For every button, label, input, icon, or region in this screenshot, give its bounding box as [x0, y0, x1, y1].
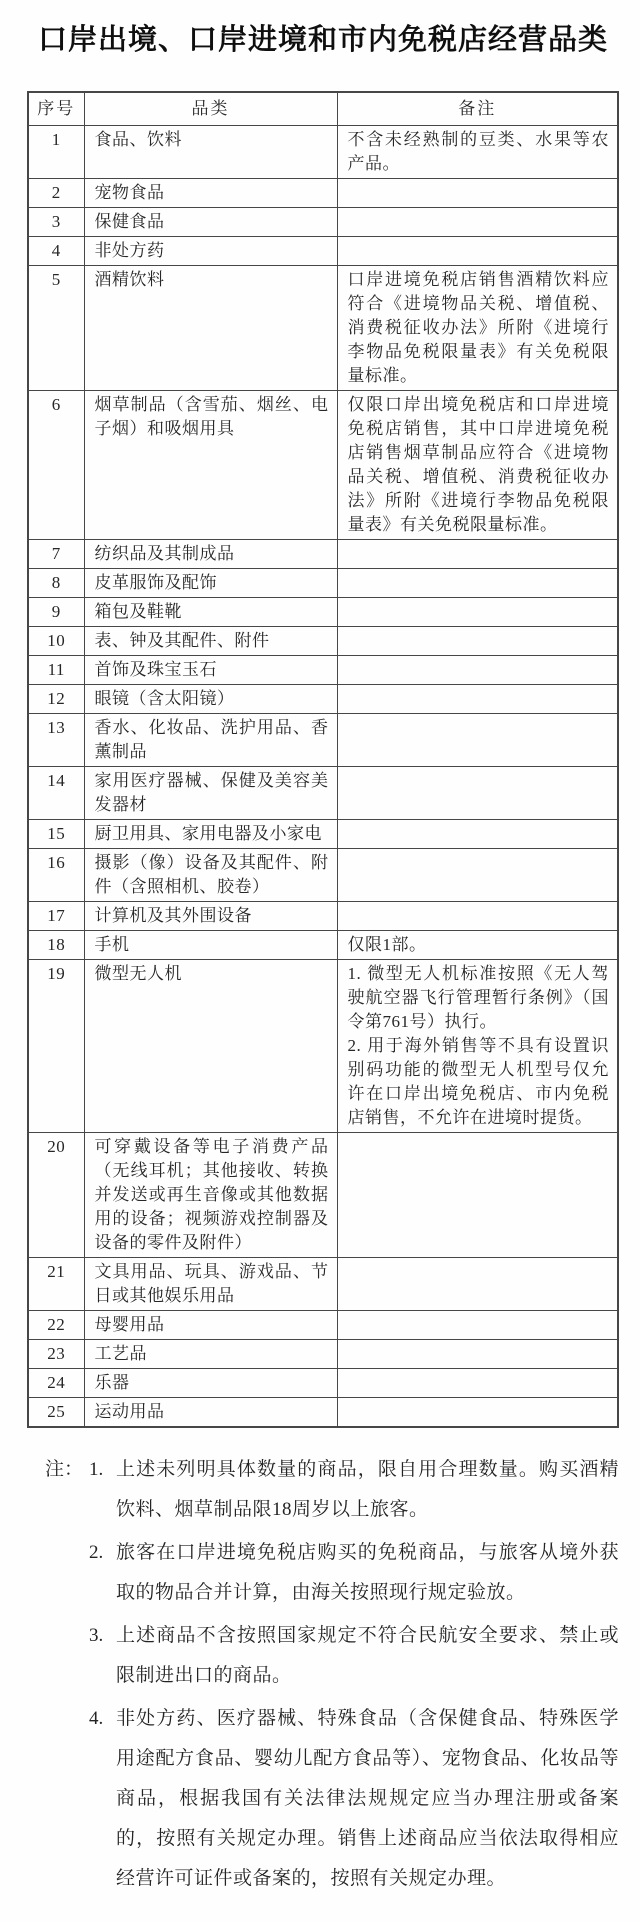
- row-number: 7: [28, 540, 84, 569]
- table-row: 9 箱包及鞋靴: [28, 598, 618, 627]
- table-row: 6 烟草制品（含雪茄、烟丝、电子烟）和吸烟用具 仅限口岸出境免税店和口岸进境免税…: [28, 391, 618, 540]
- row-remark: [337, 208, 618, 237]
- row-category: 纺织品及其制成品: [84, 540, 337, 569]
- row-category: 计算机及其外围设备: [84, 902, 337, 931]
- row-category: 母婴用品: [84, 1311, 337, 1340]
- row-remark: 不含未经熟制的豆类、水果等农产品。: [337, 126, 618, 179]
- table-row: 18 手机 仅限1部。: [28, 931, 618, 960]
- row-category: 烟草制品（含雪茄、烟丝、电子烟）和吸烟用具: [84, 391, 337, 540]
- row-remark: [337, 1398, 618, 1428]
- row-category: 眼镜（含太阳镜）: [84, 685, 337, 714]
- row-category: 香水、化妆品、洗护用品、香薰制品: [84, 714, 337, 767]
- note-text: 上述未列明具体数量的商品，限自用合理数量。购买酒精饮料、烟草制品限18周岁以上旅…: [116, 1450, 619, 1530]
- row-number: 3: [28, 208, 84, 237]
- notes-list: 1. 上述未列明具体数量的商品，限自用合理数量。购买酒精饮料、烟草制品限18周岁…: [89, 1450, 619, 1902]
- table-row: 20 可穿戴设备等电子消费产品（无线耳机；其他接收、转换并发送或再生音像或其他数…: [28, 1133, 618, 1258]
- note-item: 2. 旅客在口岸进境免税店购买的免税商品，与旅客从境外获取的物品合并计算，由海关…: [89, 1533, 619, 1613]
- row-number: 5: [28, 266, 84, 391]
- note-item: 4. 非处方药、医疗器械、特殊食品（含保健食品、特殊医学用途配方食品、婴幼儿配方…: [89, 1699, 619, 1899]
- row-remark: [337, 627, 618, 656]
- row-number: 23: [28, 1340, 84, 1369]
- row-number: 21: [28, 1258, 84, 1311]
- row-remark: 仅限口岸出境免税店和口岸进境免税店销售，其中口岸进境免税店销售烟草制品应符合《进…: [337, 391, 618, 540]
- table-row: 15 厨卫用具、家用电器及小家电: [28, 820, 618, 849]
- row-remark: 1. 微型无人机标准按照《无人驾驶航空器飞行管理暂行条例》（国令第761号）执行…: [337, 960, 618, 1133]
- table-row: 2 宠物食品: [28, 179, 618, 208]
- row-remark: [337, 1133, 618, 1258]
- table-body: 1 食品、饮料 不含未经熟制的豆类、水果等农产品。 2 宠物食品 3 保健食品 …: [28, 126, 618, 1428]
- row-category: 箱包及鞋靴: [84, 598, 337, 627]
- row-category: 非处方药: [84, 237, 337, 266]
- row-remark: [337, 714, 618, 767]
- row-number: 17: [28, 902, 84, 931]
- note-text: 旅客在口岸进境免税店购买的免税商品，与旅客从境外获取的物品合并计算，由海关按照现…: [116, 1533, 619, 1613]
- row-category: 保健食品: [84, 208, 337, 237]
- table-row: 10 表、钟及其配件、附件: [28, 627, 618, 656]
- row-category: 酒精饮料: [84, 266, 337, 391]
- row-remark: [337, 179, 618, 208]
- row-number: 4: [28, 237, 84, 266]
- row-category: 摄影（像）设备及其配件、附件（含照相机、胶卷）: [84, 849, 337, 902]
- row-number: 2: [28, 179, 84, 208]
- row-number: 10: [28, 627, 84, 656]
- table-row: 11 首饰及珠宝玉石: [28, 656, 618, 685]
- row-remark: [337, 820, 618, 849]
- row-remark: 口岸进境免税店销售酒精饮料应符合《进境物品关税、增值税、消费税征收办法》所附《进…: [337, 266, 618, 391]
- table-row: 5 酒精饮料 口岸进境免税店销售酒精饮料应符合《进境物品关税、增值税、消费税征收…: [28, 266, 618, 391]
- row-remark: [337, 767, 618, 820]
- row-number: 6: [28, 391, 84, 540]
- row-category: 乐器: [84, 1369, 337, 1398]
- row-category: 可穿戴设备等电子消费产品（无线耳机；其他接收、转换并发送或再生音像或其他数据用的…: [84, 1133, 337, 1258]
- row-remark: [337, 237, 618, 266]
- row-category: 皮革服饰及配饰: [84, 569, 337, 598]
- row-number: 12: [28, 685, 84, 714]
- table-header-row: 序号 品类 备注: [28, 92, 618, 126]
- row-category: 文具用品、玩具、游戏品、节日或其他娱乐用品: [84, 1258, 337, 1311]
- table-row: 7 纺织品及其制成品: [28, 540, 618, 569]
- row-remark: [337, 902, 618, 931]
- row-remark: [337, 1258, 618, 1311]
- note-number: 2.: [89, 1533, 116, 1613]
- table-row: 17 计算机及其外围设备: [28, 902, 618, 931]
- row-number: 25: [28, 1398, 84, 1428]
- row-category: 首饰及珠宝玉石: [84, 656, 337, 685]
- row-number: 9: [28, 598, 84, 627]
- header-remark: 备注: [337, 92, 618, 126]
- note-number: 4.: [89, 1699, 116, 1899]
- row-number: 8: [28, 569, 84, 598]
- table-row: 14 家用医疗器械、保健及美容美发器材: [28, 767, 618, 820]
- document-page: 口岸出境、口岸进境和市内免税店经营品类 序号 品类 备注 1 食品、饮料 不含未…: [0, 0, 640, 1922]
- table-row: 24 乐器: [28, 1369, 618, 1398]
- row-number: 22: [28, 1311, 84, 1340]
- row-remark: [337, 656, 618, 685]
- row-remark: [337, 1340, 618, 1369]
- row-category: 微型无人机: [84, 960, 337, 1133]
- row-category: 表、钟及其配件、附件: [84, 627, 337, 656]
- row-number: 15: [28, 820, 84, 849]
- row-remark: [337, 1369, 618, 1398]
- notes-label: 注：: [45, 1450, 89, 1902]
- row-number: 24: [28, 1369, 84, 1398]
- row-remark: [337, 685, 618, 714]
- header-no: 序号: [28, 92, 84, 126]
- row-category: 工艺品: [84, 1340, 337, 1369]
- table-head: 序号 品类 备注: [28, 92, 618, 126]
- row-number: 16: [28, 849, 84, 902]
- table-row: 21 文具用品、玩具、游戏品、节日或其他娱乐用品: [28, 1258, 618, 1311]
- row-remark: [337, 540, 618, 569]
- row-category: 家用医疗器械、保健及美容美发器材: [84, 767, 337, 820]
- note-text: 非处方药、医疗器械、特殊食品（含保健食品、特殊医学用途配方食品、婴幼儿配方食品等…: [116, 1699, 619, 1899]
- row-category: 宠物食品: [84, 179, 337, 208]
- row-number: 14: [28, 767, 84, 820]
- note-text: 上述商品不含按照国家规定不符合民航安全要求、禁止或限制进出口的商品。: [116, 1616, 619, 1696]
- row-remark: 仅限1部。: [337, 931, 618, 960]
- row-number: 11: [28, 656, 84, 685]
- page-title: 口岸出境、口岸进境和市内免税店经营品类: [27, 22, 619, 58]
- header-category: 品类: [84, 92, 337, 126]
- row-number: 20: [28, 1133, 84, 1258]
- table-row: 13 香水、化妆品、洗护用品、香薰制品: [28, 714, 618, 767]
- table-row: 22 母婴用品: [28, 1311, 618, 1340]
- row-category: 食品、饮料: [84, 126, 337, 179]
- table-row: 23 工艺品: [28, 1340, 618, 1369]
- notes-section: 注： 1. 上述未列明具体数量的商品，限自用合理数量。购买酒精饮料、烟草制品限1…: [27, 1450, 619, 1902]
- row-remark: [337, 598, 618, 627]
- table-row: 19 微型无人机 1. 微型无人机标准按照《无人驾驶航空器飞行管理暂行条例》（国…: [28, 960, 618, 1133]
- row-remark: [337, 569, 618, 598]
- table-row: 25 运动用品: [28, 1398, 618, 1428]
- table-row: 8 皮革服饰及配饰: [28, 569, 618, 598]
- category-table: 序号 品类 备注 1 食品、饮料 不含未经熟制的豆类、水果等农产品。 2 宠物食…: [27, 91, 619, 1428]
- table-row: 3 保健食品: [28, 208, 618, 237]
- row-number: 18: [28, 931, 84, 960]
- row-number: 19: [28, 960, 84, 1133]
- row-category: 手机: [84, 931, 337, 960]
- table-row: 1 食品、饮料 不含未经熟制的豆类、水果等农产品。: [28, 126, 618, 179]
- table-row: 4 非处方药: [28, 237, 618, 266]
- row-number: 1: [28, 126, 84, 179]
- table-row: 12 眼镜（含太阳镜）: [28, 685, 618, 714]
- note-item: 1. 上述未列明具体数量的商品，限自用合理数量。购买酒精饮料、烟草制品限18周岁…: [89, 1450, 619, 1530]
- row-category: 运动用品: [84, 1398, 337, 1428]
- note-number: 3.: [89, 1616, 116, 1696]
- row-number: 13: [28, 714, 84, 767]
- row-remark: [337, 849, 618, 902]
- row-remark: [337, 1311, 618, 1340]
- row-category: 厨卫用具、家用电器及小家电: [84, 820, 337, 849]
- note-number: 1.: [89, 1450, 116, 1530]
- table-row: 16 摄影（像）设备及其配件、附件（含照相机、胶卷）: [28, 849, 618, 902]
- note-item: 3. 上述商品不含按照国家规定不符合民航安全要求、禁止或限制进出口的商品。: [89, 1616, 619, 1696]
